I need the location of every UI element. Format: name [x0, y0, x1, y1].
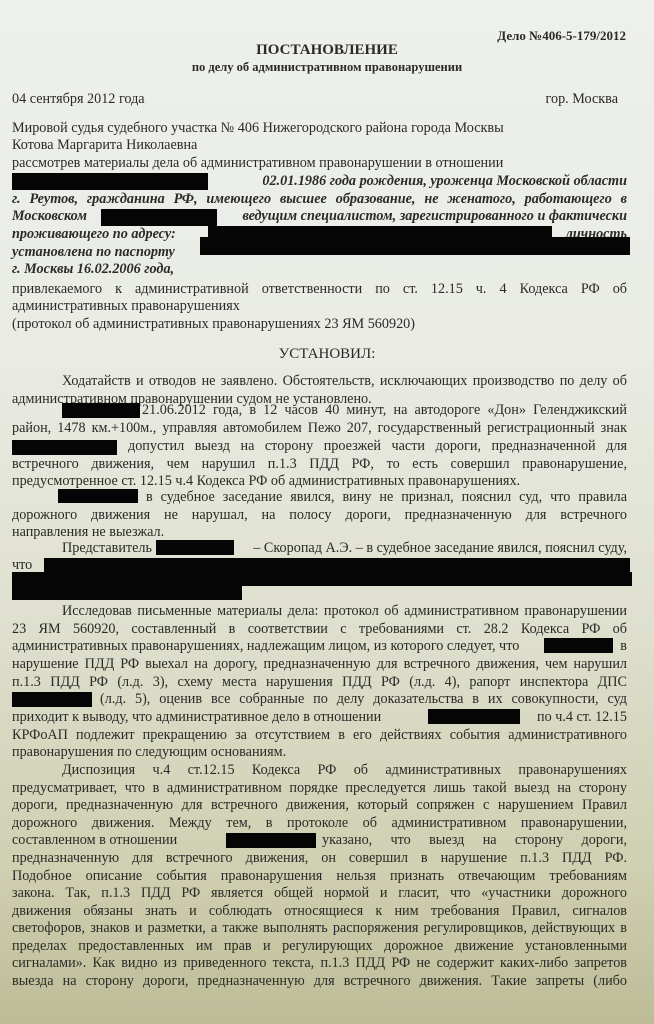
person-line: 02.01.1986 года рождения, уроженца Моско…: [218, 173, 627, 190]
body-line: КРФоАП подлежит прекращению за отсутстви…: [12, 727, 627, 744]
body-line: дорожного движения не нарушал, на полосу…: [12, 507, 627, 524]
body-line: – Скоропад А.Э. – в судебное заседание я…: [238, 540, 627, 557]
body-line: указано, что выезд на сторону дороги,: [322, 832, 627, 849]
body-line: по ч.4 ст. 12.15: [524, 709, 627, 726]
body-line: предназначенную для встречного движения,…: [12, 850, 627, 867]
body-line: 21.06.2012 года, в 12 часов 40 минут, на…: [142, 402, 627, 419]
redaction-box: [44, 558, 630, 573]
body-line: Ходатайств и отводов не заявлено. Обстоя…: [12, 373, 627, 390]
body-line: в: [617, 638, 627, 655]
redaction-box: [200, 237, 630, 255]
body-line: встречного движения, чем нарушил п.1.3 П…: [12, 456, 627, 473]
redaction-box: [156, 540, 234, 555]
body-line: предусматривает, что в административном …: [12, 780, 627, 797]
protocol-line: (протокол об административных правонаруш…: [12, 316, 627, 333]
body-line: (л.д. 5), оценив все собранные по делу д…: [100, 691, 627, 708]
body-line: административных правонарушениях, надлеж…: [12, 638, 627, 655]
redaction-box: [12, 440, 117, 455]
document-city: гор. Москва: [546, 91, 618, 108]
redaction-box: [12, 173, 208, 190]
body-line: светофоров, знаков и разметки, а также в…: [12, 920, 627, 937]
redaction-box: [12, 572, 632, 586]
document-date: 04 сентября 2012 года: [12, 91, 627, 108]
redaction-box: [62, 403, 140, 418]
body-line: Подобное описание события правонарушения…: [12, 868, 627, 885]
body-line: выезда на сторону дороги, предназначенну…: [12, 973, 627, 990]
body-line: в судебное заседание явился, вину не при…: [146, 489, 627, 506]
charge-line: привлекаемого к административной ответст…: [12, 281, 627, 298]
person-line: г. Реутов, гражданина РФ, имеющего высше…: [12, 191, 627, 208]
redaction-box: [226, 833, 316, 848]
judge-name: Котова Маргарита Николаевна: [12, 137, 627, 154]
redaction-box: [58, 489, 138, 503]
body-line: 23 ЯМ 560920, составленный в соответстви…: [12, 621, 627, 638]
body-line: Представитель: [62, 540, 152, 557]
body-line: Исследовав письменные материалы дела: пр…: [12, 603, 627, 620]
body-line: дороги, предназначенную для встречного д…: [12, 797, 627, 814]
considered-line: рассмотрев материалы дела об администрат…: [12, 155, 627, 172]
body-line: район, 1478 км.+100м., управляя автомоби…: [12, 420, 627, 437]
redaction-box: [544, 638, 613, 653]
redaction-box: [428, 709, 520, 724]
body-line: Диспозиция ч.4 ст.12.15 Кодекса РФ об ад…: [12, 762, 627, 779]
body-line: движения обязаны знать и соблюдать относ…: [12, 903, 627, 920]
body-line: п.1.3 ПДД РФ (л.д. 3), схему места наруш…: [12, 674, 627, 691]
charge-line: административных правонарушениях: [12, 298, 627, 315]
body-line: допустил выезд на сторону проезжей части…: [128, 438, 627, 455]
body-line: пределах предоставленных им прав и регул…: [12, 938, 627, 955]
document-subtitle: по делу об административном правонарушен…: [0, 60, 654, 75]
body-line: направления не выезжал.: [12, 524, 627, 541]
redaction-box: [101, 209, 217, 226]
body-line: сигналами». Как видно из приведенного те…: [12, 955, 627, 972]
body-line: дорожного движения. Между тем, в протоко…: [12, 815, 627, 832]
body-line: закона. Так, п.1.3 ПДД РФ является общей…: [12, 885, 627, 902]
judge-line: Мировой судья судебного участка № 406 Ни…: [12, 120, 627, 137]
document-page: Дело №406-5-179/2012 ПОСТАНОВЛЕНИЕ по де…: [0, 0, 654, 1024]
body-line: нарушение ПДД РФ выехал на дорогу, предн…: [12, 656, 627, 673]
person-line: г. Москвы 16.02.2006 года,: [12, 261, 627, 278]
redaction-box: [12, 692, 92, 707]
person-line: ведущим специалистом, зарегистрированног…: [218, 208, 627, 225]
document-title: ПОСТАНОВЛЕНИЕ: [0, 42, 654, 59]
redaction-box: [12, 586, 242, 600]
body-line: правонарушения по следующим основаниям.: [12, 744, 627, 761]
body-line: предусмотренное ст. 12.15 ч.4 Кодекса РФ…: [12, 473, 627, 490]
section-heading: УСТАНОВИЛ:: [0, 346, 654, 363]
